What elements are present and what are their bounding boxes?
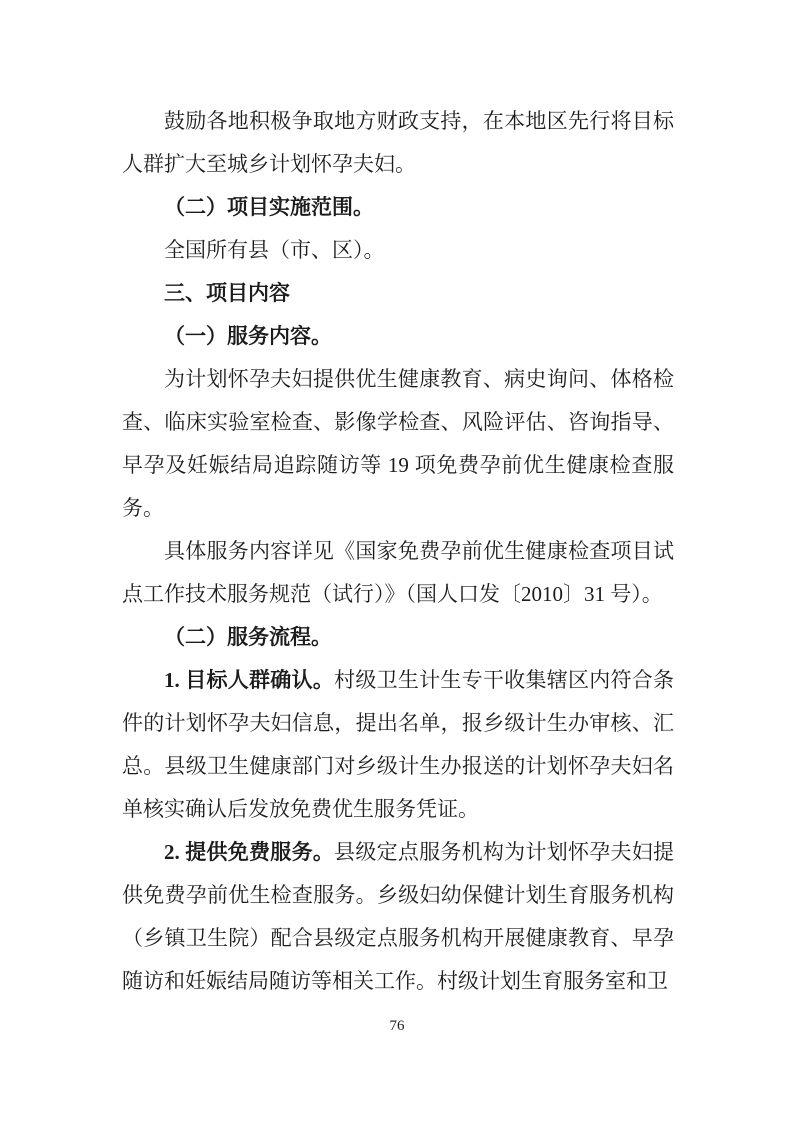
paragraph-step2-lead: 2. 提供免费服务。 [164,840,334,864]
paragraph-service-items: 为计划怀孕夫妇提供优生健康教育、病史询问、体格检查、临床实验室检查、影像学检查、… [122,358,674,530]
paragraph-scope: 全国所有县（市、区）。 [122,229,674,272]
paragraph-step1-target-confirmation: 1. 目标人群确认。村级卫生计生专干收集辖区内符合条件的计划怀孕夫妇信息，提出名… [122,659,674,831]
heading-project-content: 三、项目内容 [122,272,674,315]
page-number: 76 [0,1016,794,1036]
document-body: 鼓励各地积极争取地方财政支持，在本地区先行将目标人群扩大至城乡计划怀孕夫妇。 （… [122,100,674,1003]
paragraph-encourage-local-funding: 鼓励各地积极争取地方财政支持，在本地区先行将目标人群扩大至城乡计划怀孕夫妇。 [122,100,674,186]
paragraph-step1-lead: 1. 目标人群确认。 [164,668,334,692]
heading-service-content: （一）服务内容。 [122,315,674,358]
heading-project-scope: （二）项目实施范围。 [122,186,674,229]
paragraph-step2-free-services: 2. 提供免费服务。县级定点服务机构为计划怀孕夫妇提供免费孕前优生检查服务。乡级… [122,831,674,1003]
heading-service-process: （二）服务流程。 [122,616,674,659]
document-page: 鼓励各地积极争取地方财政支持，在本地区先行将目标人群扩大至城乡计划怀孕夫妇。 （… [0,0,794,1122]
paragraph-service-reference: 具体服务内容详见《国家免费孕前优生健康检查项目试点工作技术服务规范（试行）》（国… [122,530,674,616]
